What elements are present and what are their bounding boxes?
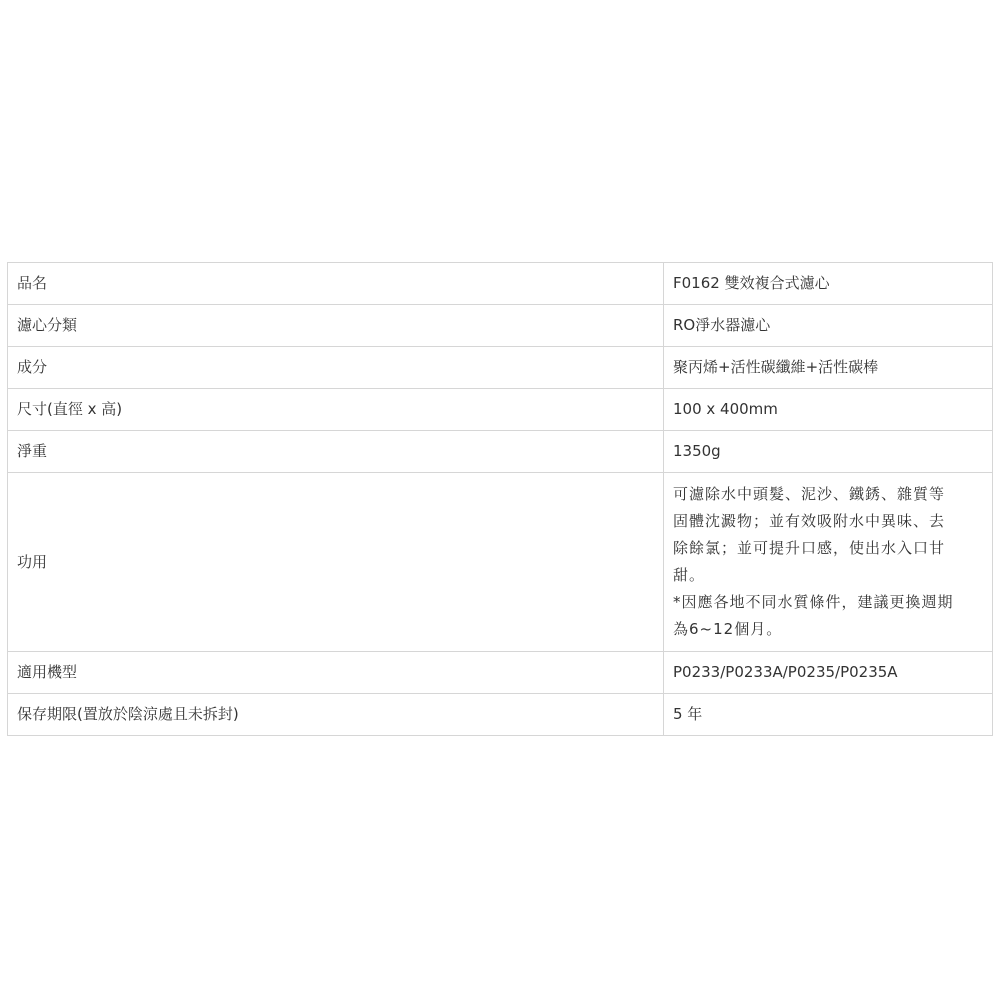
spec-value: RO淨水器濾心 — [664, 305, 993, 347]
product-spec-table: 品名 F0162 雙效複合式濾心 濾心分類 RO淨水器濾心 成分 聚丙烯+活性碳… — [7, 262, 993, 736]
spec-label: 功用 — [8, 473, 664, 652]
spec-row-shelf-life: 保存期限(置放於陰涼處且未拆封) 5 年 — [8, 694, 993, 736]
spec-row-net-weight: 淨重 1350g — [8, 431, 993, 473]
spec-value: 聚丙烯+活性碳纖維+活性碳棒 — [664, 347, 993, 389]
spec-value: P0233/P0233A/P0235/P0235A — [664, 652, 993, 694]
spec-row-composition: 成分 聚丙烯+活性碳纖維+活性碳棒 — [8, 347, 993, 389]
spec-value: 1350g — [664, 431, 993, 473]
spec-label: 適用機型 — [8, 652, 664, 694]
spec-label: 成分 — [8, 347, 664, 389]
spec-label: 淨重 — [8, 431, 664, 473]
spec-value-description: 可濾除水中頭髮、泥沙、鐵銹、雜質等 固體沈澱物；並有效吸附水中異味、去 除餘氯；… — [664, 473, 993, 652]
spec-label: 濾心分類 — [8, 305, 664, 347]
spec-label: 尺寸(直徑 x 高) — [8, 389, 664, 431]
spec-value: 100 x 400mm — [664, 389, 993, 431]
spec-row-product-name: 品名 F0162 雙效複合式濾心 — [8, 263, 993, 305]
spec-row-compatible-models: 適用機型 P0233/P0233A/P0235/P0235A — [8, 652, 993, 694]
spec-row-function: 功用 可濾除水中頭髮、泥沙、鐵銹、雜質等 固體沈澱物；並有效吸附水中異味、去 除… — [8, 473, 993, 652]
spec-row-dimensions: 尺寸(直徑 x 高) 100 x 400mm — [8, 389, 993, 431]
spec-row-filter-category: 濾心分類 RO淨水器濾心 — [8, 305, 993, 347]
spec-value: 5 年 — [664, 694, 993, 736]
spec-label: 保存期限(置放於陰涼處且未拆封) — [8, 694, 664, 736]
spec-label: 品名 — [8, 263, 664, 305]
spec-value: F0162 雙效複合式濾心 — [664, 263, 993, 305]
